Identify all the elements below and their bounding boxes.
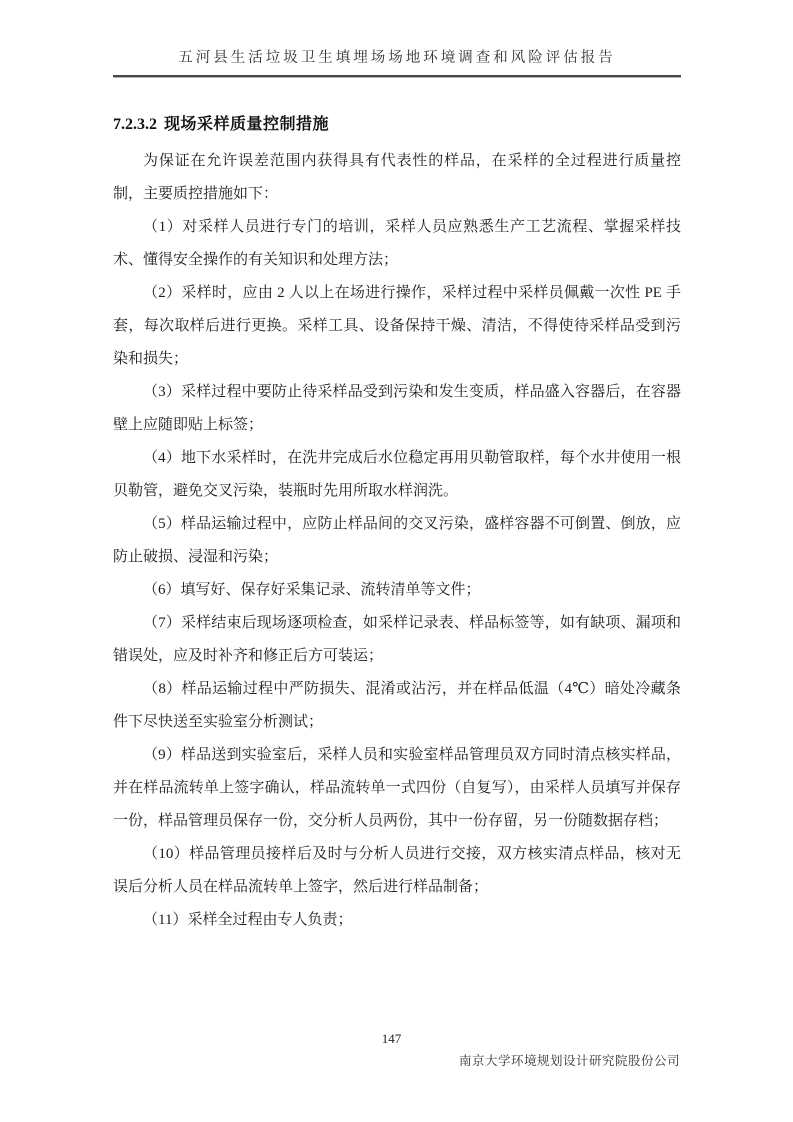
paragraph-item-10: （10）样品管理员接样后及时与分析人员进行交接，双方核实清点样品，核对无误后分析… bbox=[113, 838, 681, 904]
paragraph-item-3: （3）采样过程中要防止待采样品受到污染和发生变质，样品盛入容器后，在容器壁上应随… bbox=[113, 376, 681, 442]
paragraph-item-7: （7）采样结束后现场逐项检查，如采样记录表、样品标签等，如有缺项、漏项和错误处，… bbox=[113, 607, 681, 673]
section-title: 现场采样质量控制措施 bbox=[164, 116, 329, 133]
section-heading: 7.2.3.2现场采样质量控制措施 bbox=[113, 111, 681, 134]
paragraph-item-5: （5）样品运输过程中，应防止样品间的交叉污染，盛样容器不可倒置、倒放，应防止破损… bbox=[113, 508, 681, 574]
page-header: 五河县生活垃圾卫生填埋场场地环境调查和风险评估报告 bbox=[113, 46, 681, 78]
paragraph-item-4: （4）地下水采样时，在洗井完成后水位稳定再用贝勒管取样，每个水井使用一根贝勒管，… bbox=[113, 442, 681, 508]
paragraph-item-11: （11）采样全过程由专人负责； bbox=[113, 904, 681, 937]
document-page: 五河县生活垃圾卫生填埋场场地环境调查和风险评估报告 7.2.3.2现场采样质量控… bbox=[0, 0, 793, 1122]
page-number: 147 bbox=[0, 1031, 783, 1047]
paragraph-item-9: （9）样品送到实验室后，采样人员和实验室样品管理员双方同时清点核实样品，并在样品… bbox=[113, 739, 681, 838]
document-body: 为保证在允许误差范围内获得具有代表性的样品，在采样的全过程进行质量控制，主要质控… bbox=[113, 145, 681, 937]
footer-company: 南京大学环境规划设计研究院股份公司 bbox=[459, 1051, 680, 1069]
paragraph-item-6: （6）填写好、保存好采集记录、流转清单等文件； bbox=[113, 574, 681, 607]
paragraph-item-2: （2）采样时，应由 2 人以上在场进行操作，采样过程中采样员佩戴一次性 PE 手… bbox=[113, 277, 681, 376]
header-rule bbox=[113, 75, 681, 78]
paragraph-item-8: （8）样品运输过程中严防损失、混淆或沾污，并在样品低温（4℃）暗处冷藏条件下尽快… bbox=[113, 673, 681, 739]
section-number: 7.2.3.2 bbox=[113, 116, 157, 133]
paragraph-item-1: （1）对采样人员进行专门的培训，采样人员应熟悉生产工艺流程、掌握采样技术、懂得安… bbox=[113, 211, 681, 277]
paragraph-intro: 为保证在允许误差范围内获得具有代表性的样品，在采样的全过程进行质量控制，主要质控… bbox=[113, 145, 681, 211]
header-title: 五河县生活垃圾卫生填埋场场地环境调查和风险评估报告 bbox=[113, 46, 681, 67]
